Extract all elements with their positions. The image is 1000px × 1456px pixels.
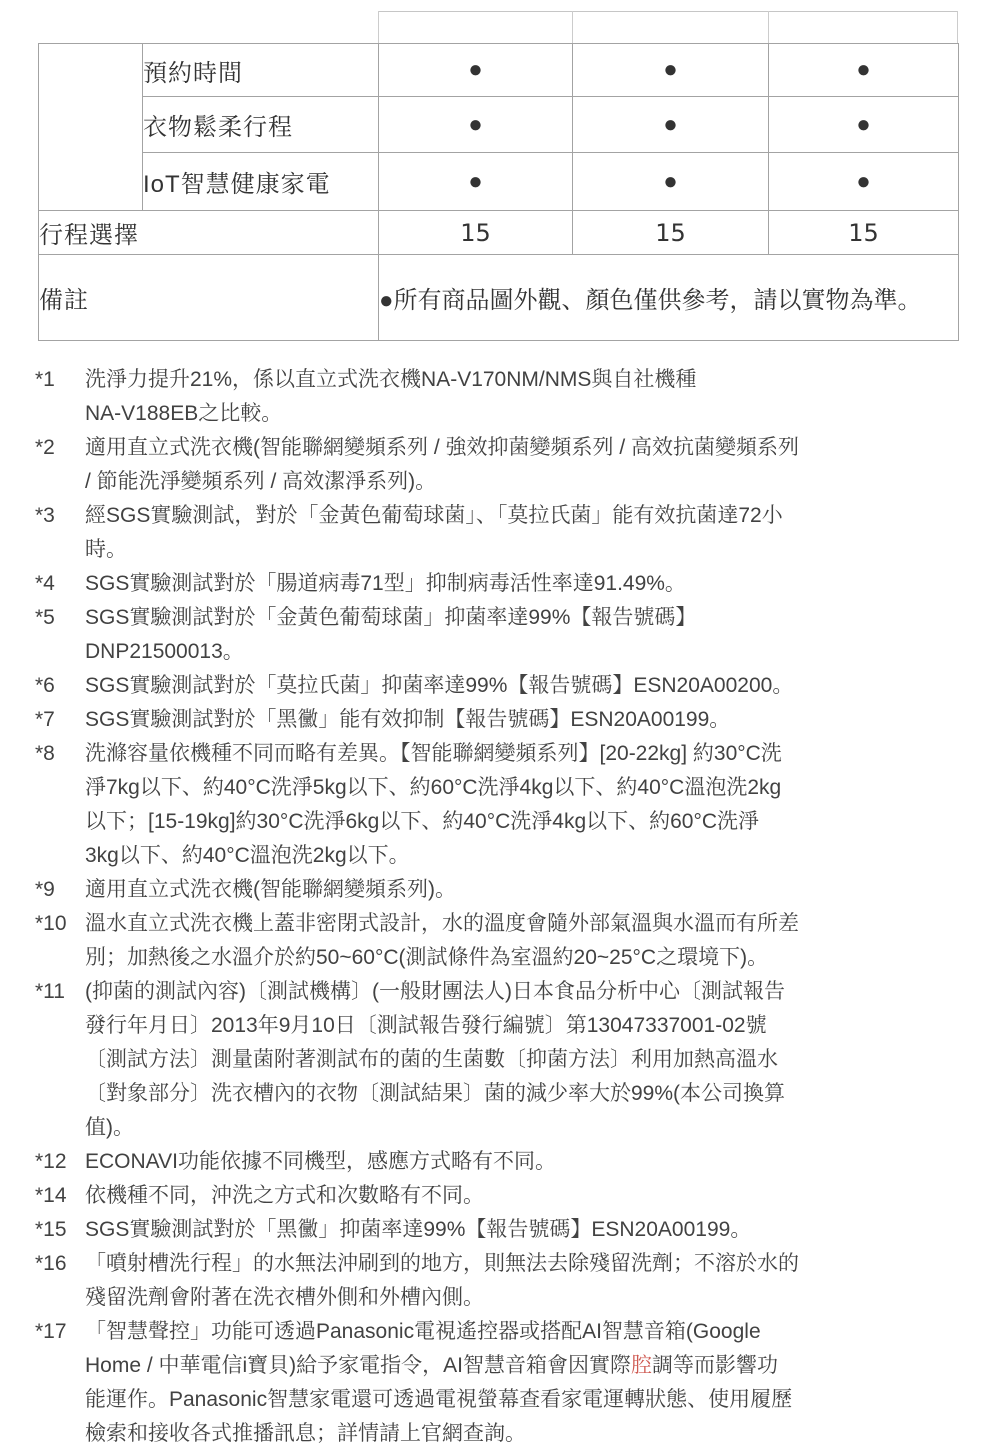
footnote-marker: *7	[35, 703, 85, 737]
footnote-item: *10溫水直立式洗衣機上蓋非密閉式設計，水的溫度會隨外部氣溫與水溫而有所差別；加…	[0, 907, 1000, 975]
table-row: 衣物鬆柔行程 ● ● ●	[39, 97, 959, 153]
footnote-marker: *5	[35, 601, 85, 635]
table-row: 行程選擇 15 15 15	[39, 211, 959, 255]
footnote-marker: *12	[35, 1145, 85, 1179]
footnote-line: NA-V188EB之比較。	[85, 397, 972, 431]
footnote-text: 溫水直立式洗衣機上蓋非密閉式設計，水的溫度會隨外部氣溫與水溫而有所差別；加熱後之…	[85, 907, 972, 975]
footnote-text: 適用直立式洗衣機(智能聯網變頻系列 / 強效抑菌變頻系列 / 高效抗菌變頻系列/…	[85, 431, 972, 499]
footnote-line: 適用直立式洗衣機(智能聯網變頻系列)。	[85, 873, 972, 907]
footnote-item: *12ECONAVI功能依據不同機型，感應方式略有不同。	[0, 1145, 1000, 1179]
footnote-item: *11(抑菌的測試內容)〔測試機構〕(一般財團法人)日本食品分析中心〔測試報告發…	[0, 975, 1000, 1145]
footnote-line: SGS實驗測試對於「黑黴」能有效抑制【報告號碼】ESN20A00199。	[85, 703, 972, 737]
footnote-line: 洗淨力提升21%，係以直立式洗衣機NA-V170NM/NMS與自社機種	[85, 363, 972, 397]
filled-dot-icon: ●	[573, 97, 769, 153]
footnote-marker: *1	[35, 363, 85, 397]
footnote-item: *4SGS實驗測試對於「腸道病毒71型」抑制病毒活性率達91.49%。	[0, 567, 1000, 601]
footnote-line: 時。	[85, 533, 972, 567]
footnotes-section: *1洗淨力提升21%，係以直立式洗衣機NA-V170NM/NMS與自社機種NA-…	[0, 363, 1000, 1451]
remark-label: 備註	[39, 255, 379, 341]
footnote-text: 適用直立式洗衣機(智能聯網變頻系列)。	[85, 873, 972, 907]
footnote-line: ECONAVI功能依據不同機型，感應方式略有不同。	[85, 1145, 972, 1179]
feature-label: 預約時間	[143, 44, 379, 97]
program-select-label: 行程選擇	[39, 211, 379, 255]
cropped-column-border-line	[378, 11, 379, 44]
program-count: 15	[379, 211, 573, 255]
footnote-line: 別；加熱後之水溫介於約50~60°C(測試條件為室溫約20~25°C之環境下)。	[85, 941, 972, 975]
footnote-line: SGS實驗測試對於「黑黴」抑菌率達99%【報告號碼】ESN20A00199。	[85, 1213, 972, 1247]
footnote-item: *2適用直立式洗衣機(智能聯網變頻系列 / 強效抑菌變頻系列 / 高效抗菌變頻系…	[0, 431, 1000, 499]
filled-dot-icon: ●	[573, 44, 769, 97]
filled-dot-icon: ●	[379, 44, 573, 97]
footnote-line: 殘留洗劑會附著在洗衣槽外側和外槽內側。	[85, 1281, 972, 1315]
footnote-line: SGS實驗測試對於「腸道病毒71型」抑制病毒活性率達91.49%。	[85, 567, 972, 601]
footnote-text: SGS實驗測試對於「金黃色葡萄球菌」抑菌率達99%【報告號碼】DNP215000…	[85, 601, 972, 669]
table-row: 預約時間 ● ● ●	[39, 44, 959, 97]
remark-text: ●所有商品圖外觀、顏色僅供參考，請以實物為準。	[379, 255, 959, 341]
footnote-line: 檢索和接收各式推播訊息；詳情請上官網查詢。	[85, 1417, 972, 1451]
footnote-item: *8洗滌容量依機種不同而略有差異。【智能聯網變頻系列】[20-22kg] 約30…	[0, 737, 1000, 873]
footnote-text: 洗淨力提升21%，係以直立式洗衣機NA-V170NM/NMS與自社機種NA-V1…	[85, 363, 972, 431]
footnote-line: 洗滌容量依機種不同而略有差異。【智能聯網變頻系列】[20-22kg] 約30°C…	[85, 737, 972, 771]
cropped-row-border-line	[378, 11, 958, 12]
footnote-marker: *2	[35, 431, 85, 465]
footnote-text: 經SGS實驗測試，對於「金黃色葡萄球菌」、「莫拉氏菌」能有效抗菌達72小時。	[85, 499, 972, 567]
spec-sheet-page: 預約時間 ● ● ● 衣物鬆柔行程 ● ● ● IoT智慧健康家電 ● ● ● …	[0, 0, 1000, 1456]
filled-dot-icon: ●	[379, 153, 573, 211]
footnote-marker: *17	[35, 1315, 85, 1349]
footnote-marker: *9	[35, 873, 85, 907]
footnote-line: (抑菌的測試內容)〔測試機構〕(一般財團法人)日本食品分析中心〔測試報告	[85, 975, 972, 1009]
footnote-item: *5SGS實驗測試對於「金黃色葡萄球菌」抑菌率達99%【報告號碼】DNP2150…	[0, 601, 1000, 669]
footnote-line: 「智慧聲控」功能可透過Panasonic電視遙控器或搭配AI智慧音箱(Googl…	[85, 1315, 972, 1349]
footnote-line: 〔測試方法〕測量菌附著測試布的菌的生菌數〔抑菌方法〕利用加熱高溫水	[85, 1043, 972, 1077]
feature-label: 衣物鬆柔行程	[143, 97, 379, 153]
footnote-line-text: Home / 中華電信i寶貝)給予家電指令，AI智慧音箱會因實際	[85, 1354, 631, 1377]
cropped-column-border-line	[572, 11, 573, 44]
footnote-line: 依機種不同，沖洗之方式和次數略有不同。	[85, 1179, 972, 1213]
footnote-marker: *4	[35, 567, 85, 601]
footnote-line-text: 調等而影響功	[652, 1354, 778, 1377]
footnote-marker: *16	[35, 1247, 85, 1281]
cropped-column-border-line	[957, 11, 958, 44]
footnote-line: 適用直立式洗衣機(智能聯網變頻系列 / 強效抑菌變頻系列 / 高效抗菌變頻系列	[85, 431, 972, 465]
footnote-text: 「智慧聲控」功能可透過Panasonic電視遙控器或搭配AI智慧音箱(Googl…	[85, 1315, 972, 1451]
footnote-line: 值)。	[85, 1111, 972, 1145]
footnote-line: SGS實驗測試對於「莫拉氏菌」抑菌率達99%【報告號碼】ESN20A00200。	[85, 669, 972, 703]
footnote-text: (抑菌的測試內容)〔測試機構〕(一般財團法人)日本食品分析中心〔測試報告發行年月…	[85, 975, 972, 1145]
footnote-line: Home / 中華電信i寶貝)給予家電指令，AI智慧音箱會因實際腔調等而影響功	[85, 1349, 972, 1383]
footnote-text: 依機種不同，沖洗之方式和次數略有不同。	[85, 1179, 972, 1213]
footnote-line: SGS實驗測試對於「金黃色葡萄球菌」抑菌率達99%【報告號碼】	[85, 601, 972, 635]
footnote-text: SGS實驗測試對於「腸道病毒71型」抑制病毒活性率達91.49%。	[85, 567, 972, 601]
footnote-item: *7SGS實驗測試對於「黑黴」能有效抑制【報告號碼】ESN20A00199。	[0, 703, 1000, 737]
footnote-item: *3經SGS實驗測試，對於「金黃色葡萄球菌」、「莫拉氏菌」能有效抗菌達72小時。	[0, 499, 1000, 567]
footnote-line: 發行年月日〕2013年9月10日〔測試報告發行編號〕第13047337001-0…	[85, 1009, 972, 1043]
filled-dot-icon: ●	[573, 153, 769, 211]
footnote-text: ECONAVI功能依據不同機型，感應方式略有不同。	[85, 1145, 972, 1179]
footnote-item: *15SGS實驗測試對於「黑黴」抑菌率達99%【報告號碼】ESN20A00199…	[0, 1213, 1000, 1247]
highlighted-char: 腔	[631, 1354, 652, 1377]
footnote-text: 洗滌容量依機種不同而略有差異。【智能聯網變頻系列】[20-22kg] 約30°C…	[85, 737, 972, 873]
footnote-line: DNP21500013。	[85, 635, 972, 669]
footnote-line: / 節能洗淨變頻系列 / 高效潔淨系列)。	[85, 465, 972, 499]
footnote-item: *16「噴射槽洗行程」的水無法沖刷到的地方，則無法去除殘留洗劑；不溶於水的殘留洗…	[0, 1247, 1000, 1315]
footnote-text: SGS實驗測試對於「黑黴」抑菌率達99%【報告號碼】ESN20A00199。	[85, 1213, 972, 1247]
footnote-text: SGS實驗測試對於「莫拉氏菌」抑菌率達99%【報告號碼】ESN20A00200。	[85, 669, 972, 703]
footnote-line: 淨7kg以下、約40°C洗淨5kg以下、約60°C洗淨4kg以下、約40°C溫泡…	[85, 771, 972, 805]
footnote-line: 〔對象部分〕洗衣槽內的衣物〔測試結果〕菌的減少率大於99%(本公司換算	[85, 1077, 972, 1111]
footnote-marker: *11	[35, 975, 85, 1009]
footnote-marker: *3	[35, 499, 85, 533]
spec-category-empty-cell	[39, 44, 143, 211]
footnote-item: *17「智慧聲控」功能可透過Panasonic電視遙控器或搭配AI智慧音箱(Go…	[0, 1315, 1000, 1451]
footnote-item: *6SGS實驗測試對於「莫拉氏菌」抑菌率達99%【報告號碼】ESN20A0020…	[0, 669, 1000, 703]
footnote-line: 「噴射槽洗行程」的水無法沖刷到的地方，則無法去除殘留洗劑；不溶於水的	[85, 1247, 972, 1281]
program-count: 15	[573, 211, 769, 255]
footnote-text: SGS實驗測試對於「黑黴」能有效抑制【報告號碼】ESN20A00199。	[85, 703, 972, 737]
footnote-item: *9適用直立式洗衣機(智能聯網變頻系列)。	[0, 873, 1000, 907]
footnote-marker: *6	[35, 669, 85, 703]
footnote-text: 「噴射槽洗行程」的水無法沖刷到的地方，則無法去除殘留洗劑；不溶於水的殘留洗劑會附…	[85, 1247, 972, 1315]
footnote-line: 溫水直立式洗衣機上蓋非密閉式設計，水的溫度會隨外部氣溫與水溫而有所差	[85, 907, 972, 941]
footnote-line: 經SGS實驗測試，對於「金黃色葡萄球菌」、「莫拉氏菌」能有效抗菌達72小	[85, 499, 972, 533]
feature-label: IoT智慧健康家電	[143, 153, 379, 211]
footnote-marker: *15	[35, 1213, 85, 1247]
footnote-marker: *10	[35, 907, 85, 941]
product-spec-table: 預約時間 ● ● ● 衣物鬆柔行程 ● ● ● IoT智慧健康家電 ● ● ● …	[38, 43, 959, 341]
footnote-line: 能運作。Panasonic智慧家電還可透過電視螢幕查看家電運轉狀態、使用履歷	[85, 1383, 972, 1417]
filled-dot-icon: ●	[769, 44, 959, 97]
filled-dot-icon: ●	[769, 97, 959, 153]
footnote-marker: *8	[35, 737, 85, 771]
footnote-marker: *14	[35, 1179, 85, 1213]
footnote-line: 3kg以下、約40°C溫泡洗2kg以下。	[85, 839, 972, 873]
footnote-line: 以下；[15-19kg]約30°C洗淨6kg以下、約40°C洗淨4kg以下、約6…	[85, 805, 972, 839]
filled-dot-icon: ●	[769, 153, 959, 211]
footnote-item: *14依機種不同，沖洗之方式和次數略有不同。	[0, 1179, 1000, 1213]
footnote-item: *1洗淨力提升21%，係以直立式洗衣機NA-V170NM/NMS與自社機種NA-…	[0, 363, 1000, 431]
table-row: 備註 ●所有商品圖外觀、顏色僅供參考，請以實物為準。	[39, 255, 959, 341]
table-row: IoT智慧健康家電 ● ● ●	[39, 153, 959, 211]
cropped-column-border-line	[768, 11, 769, 44]
filled-dot-icon: ●	[379, 97, 573, 153]
program-count: 15	[769, 211, 959, 255]
